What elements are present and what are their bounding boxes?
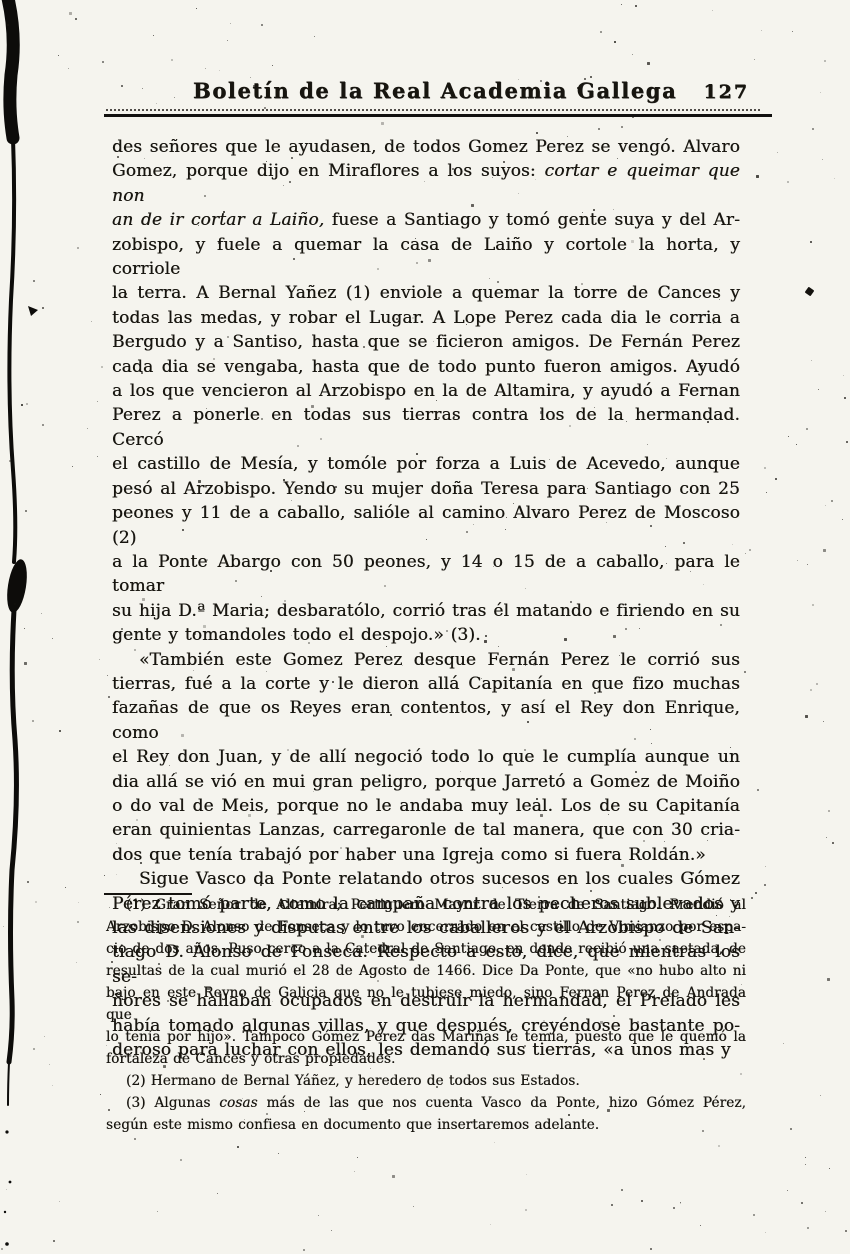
noise-speck xyxy=(753,1214,755,1216)
noise-speck xyxy=(381,122,384,125)
noise-speck xyxy=(766,492,767,493)
noise-speck xyxy=(600,31,602,33)
header-rule-dotted xyxy=(106,109,760,111)
noise-speck xyxy=(845,1230,847,1232)
noise-speck xyxy=(744,671,746,673)
noise-speck xyxy=(621,1189,623,1191)
noise-speck xyxy=(810,241,812,243)
noise-speck xyxy=(787,181,789,183)
noise-speck xyxy=(749,549,751,551)
noise-speck xyxy=(33,280,35,282)
journal-title: Boletín de la Real Academia Gallega xyxy=(193,78,677,103)
ink-blot xyxy=(805,287,815,297)
noise-speck xyxy=(673,1207,675,1209)
text-line: Sigue Vasco da Ponte relatando otros suc… xyxy=(112,867,740,891)
text-line: bajo en este Reyno de Galicia que no le … xyxy=(106,982,746,1026)
noise-speck xyxy=(832,842,834,844)
noise-speck xyxy=(827,978,830,981)
text-line: su hija D.ª Maria; desbaratólo, corrió t… xyxy=(112,599,740,623)
noise-speck xyxy=(75,18,77,20)
text-line: (1) Gran Señor de Altamira; Pertiguero M… xyxy=(106,894,746,916)
noise-speck xyxy=(641,1200,643,1202)
noise-speck xyxy=(24,628,25,629)
text-line: des señores que le ayudasen, de todos Go… xyxy=(112,135,740,159)
noise-speck xyxy=(41,613,42,614)
noise-speck xyxy=(756,175,759,178)
noise-speck xyxy=(42,307,44,309)
text-line: fortaleza de Cances y otras propiedades. xyxy=(106,1048,746,1070)
text-line: eran quinientas Lanzas, carregaronle de … xyxy=(112,818,740,842)
text-line: Gomez, porque dijo en Miraflores a los s… xyxy=(112,159,740,208)
noise-speck xyxy=(775,478,777,480)
noise-speck xyxy=(26,403,28,405)
page-number: 127 xyxy=(703,81,749,103)
noise-speck xyxy=(44,1036,45,1037)
noise-speck xyxy=(52,638,53,639)
text-line: cio de dos años. Puso cerco a la Catedra… xyxy=(106,938,746,960)
noise-speck xyxy=(796,444,797,445)
text-line: (3) Algunas cosas más de las que nos cue… xyxy=(106,1092,746,1114)
noise-speck xyxy=(805,1157,806,1158)
noise-speck xyxy=(765,1232,766,1233)
noise-speck xyxy=(153,35,154,36)
document-page: Boletín de la Real Academia Gallega 127 … xyxy=(0,0,850,1254)
noise-speck xyxy=(820,92,821,93)
noise-speck xyxy=(77,921,79,923)
text-line: fazañas de que os Reyes eran contentos, … xyxy=(112,696,740,745)
noise-speck xyxy=(790,1128,792,1130)
text-line: dos que tenía trabajó por haber una Igre… xyxy=(112,843,740,867)
noise-speck xyxy=(219,70,220,71)
text-line: pesó al Arzobispo. Yendo su mujer doña T… xyxy=(112,477,740,501)
noise-speck xyxy=(680,1203,681,1204)
noise-speck xyxy=(27,881,29,883)
noise-speck xyxy=(807,564,808,565)
noise-speck xyxy=(101,366,103,368)
noise-speck xyxy=(844,397,846,399)
noise-speck xyxy=(65,887,66,888)
noise-speck xyxy=(87,428,88,429)
noise-speck xyxy=(99,659,100,660)
noise-speck xyxy=(157,1211,158,1212)
noise-speck xyxy=(35,901,37,903)
noise-speck xyxy=(49,1064,50,1065)
text-line: zobispo, y fuele a quemar la casa de Lai… xyxy=(112,233,740,282)
noise-speck xyxy=(805,1164,806,1165)
noise-speck xyxy=(621,4,622,5)
text-line: o do val de Meis, porque no le andaba mu… xyxy=(112,794,740,818)
noise-speck xyxy=(42,424,44,426)
noise-speck xyxy=(825,505,826,506)
noise-speck xyxy=(614,41,616,43)
noise-speck xyxy=(805,715,808,718)
noise-speck xyxy=(134,1138,136,1140)
noise-speck xyxy=(278,1153,279,1154)
noise-speck xyxy=(647,62,650,65)
noise-speck xyxy=(261,24,263,26)
noise-speck xyxy=(825,1211,826,1212)
noise-speck xyxy=(611,1204,613,1206)
noise-speck xyxy=(490,1224,491,1225)
noise-speck xyxy=(272,65,273,66)
running-head: Boletín de la Real Academia Gallega 127 xyxy=(105,78,765,103)
text-line: «También este Gomez Perez desque Fernán … xyxy=(112,648,740,672)
noise-speck xyxy=(621,126,623,128)
noise-speck xyxy=(787,1190,788,1191)
noise-speck xyxy=(822,159,823,160)
noise-speck xyxy=(97,456,98,457)
noise-speck xyxy=(91,321,92,322)
text-line: todas las medas, y robar el Lugar. A Lop… xyxy=(112,306,740,330)
noise-speck xyxy=(7,24,9,26)
noise-speck xyxy=(392,1175,395,1178)
noise-speck xyxy=(413,1206,414,1207)
text-line: lo tenía por hijo». Tampoco Gómez Pérez … xyxy=(106,1026,746,1048)
noise-speck xyxy=(764,884,766,886)
noise-speck xyxy=(1,1248,3,1250)
text-line: la terra. A Bernal Yañez (1) enviole a q… xyxy=(112,281,740,305)
noise-speck xyxy=(700,1225,701,1226)
noise-speck xyxy=(68,68,69,69)
text-line: cada dia se vengaba, hasta que de todo p… xyxy=(112,355,740,379)
noise-speck xyxy=(797,560,798,561)
noise-speck xyxy=(21,404,23,406)
noise-speck xyxy=(3,926,4,927)
noise-speck xyxy=(180,1159,182,1161)
noise-speck xyxy=(829,1168,830,1169)
noise-speck xyxy=(354,1171,355,1172)
text-line: el Rey don Juan, y de allí negoció todo … xyxy=(112,745,740,769)
text-line: Perez a ponerle en todas sus tierras con… xyxy=(112,403,740,452)
noise-speck xyxy=(196,8,197,9)
noise-speck xyxy=(816,683,818,685)
noise-speck xyxy=(846,441,848,443)
noise-speck xyxy=(525,1209,527,1211)
noise-speck xyxy=(811,360,812,361)
noise-speck xyxy=(754,59,755,60)
noise-speck xyxy=(823,549,826,552)
text-line: Bergudo y a Santiso, hasta que se ficier… xyxy=(112,330,740,354)
noise-speck xyxy=(783,1043,784,1044)
noise-speck xyxy=(104,875,105,876)
noise-speck xyxy=(536,132,538,134)
page-binding-mark xyxy=(0,0,48,1254)
noise-speck xyxy=(72,466,73,467)
noise-speck xyxy=(318,1215,319,1216)
noise-speck xyxy=(807,1227,809,1229)
noise-speck xyxy=(806,428,808,430)
noise-speck xyxy=(792,31,793,32)
text-line: Arzobispo D. Alonso de Fonseca y lo tuvo… xyxy=(106,916,746,938)
noise-speck xyxy=(757,789,759,791)
noise-speck xyxy=(76,962,77,963)
noise-speck xyxy=(828,810,830,812)
noise-speck xyxy=(761,30,762,31)
noise-speck xyxy=(788,436,789,437)
noise-speck xyxy=(494,1142,495,1143)
text-line: resultas de la cual murió el 28 de Agost… xyxy=(106,960,746,982)
text-line: gente y tomandoles todo el despojo.» (3)… xyxy=(112,623,740,647)
noise-speck xyxy=(526,1174,527,1175)
noise-speck xyxy=(331,1230,332,1231)
text-line: según este mismo confiesa en documento q… xyxy=(106,1114,746,1136)
noise-speck xyxy=(824,60,826,62)
noise-speck xyxy=(810,689,812,691)
noise-speck xyxy=(764,467,766,469)
noise-speck xyxy=(69,12,72,15)
noise-speck xyxy=(33,1048,35,1050)
text-line: (2) Hermano de Bernal Yáñez, y heredero … xyxy=(106,1070,746,1092)
noise-speck xyxy=(751,897,753,899)
noise-speck xyxy=(78,902,79,903)
noise-speck xyxy=(237,1146,239,1148)
noise-speck xyxy=(227,40,228,41)
text-line: dia allá se vió en mui gran peligro, por… xyxy=(112,770,740,794)
text-line: tierras, fué a la corte y le dieron allá… xyxy=(112,672,740,696)
text-line: a la Ponte Abargo con 50 peones, y 14 o … xyxy=(112,550,740,599)
noise-speck xyxy=(834,178,835,179)
noise-speck xyxy=(217,1193,218,1194)
noise-speck xyxy=(59,730,61,732)
noise-speck xyxy=(650,1248,652,1250)
header-rule-thick xyxy=(104,114,772,117)
noise-speck xyxy=(53,1240,55,1242)
noise-speck xyxy=(77,247,79,249)
noise-speck xyxy=(6,1189,7,1190)
noise-speck xyxy=(303,1249,305,1251)
noise-speck xyxy=(632,54,633,55)
text-line: el castillo de Mesía, y tomóle por forza… xyxy=(112,452,740,476)
noise-speck xyxy=(712,10,713,11)
noise-speck xyxy=(745,553,746,554)
noise-speck xyxy=(32,720,34,722)
noise-speck xyxy=(755,892,757,894)
noise-speck xyxy=(820,1095,821,1096)
noise-speck xyxy=(826,837,827,838)
noise-speck xyxy=(107,675,108,676)
noise-speck xyxy=(823,721,824,722)
noise-speck xyxy=(52,1085,53,1086)
noise-speck xyxy=(108,696,110,698)
noise-speck xyxy=(842,519,843,520)
text-line: an de ir cortar a Laiño, fuese a Santiag… xyxy=(112,208,740,232)
noise-speck xyxy=(9,460,11,462)
noise-speck xyxy=(97,401,98,402)
noise-speck xyxy=(635,5,637,7)
noise-speck xyxy=(718,1145,720,1147)
noise-speck xyxy=(205,68,206,69)
noise-speck xyxy=(59,1201,60,1202)
noise-speck xyxy=(314,36,315,37)
footnotes: (1) Gran Señor de Altamira; Pertiguero M… xyxy=(106,894,746,1136)
noise-speck xyxy=(14,603,16,605)
noise-speck xyxy=(812,604,814,606)
noise-speck xyxy=(777,152,778,153)
noise-speck xyxy=(357,1157,358,1158)
noise-speck xyxy=(680,1202,681,1203)
text-line: peones y 11 de a caballo, salióle al cam… xyxy=(112,501,740,550)
noise-speck xyxy=(230,23,231,24)
noise-speck xyxy=(58,55,59,56)
noise-speck xyxy=(831,500,833,502)
noise-speck xyxy=(818,389,819,390)
noise-speck xyxy=(812,128,814,130)
noise-speck xyxy=(156,103,157,104)
noise-speck xyxy=(598,128,600,130)
noise-speck xyxy=(25,510,27,512)
noise-speck xyxy=(24,662,27,665)
noise-speck xyxy=(171,59,173,61)
noise-speck xyxy=(100,1094,101,1095)
noise-speck xyxy=(765,866,766,867)
noise-speck xyxy=(102,61,104,63)
text-line: a los que vencieron al Arzobispo en la d… xyxy=(112,379,740,403)
noise-speck xyxy=(801,1202,803,1204)
noise-speck xyxy=(843,375,844,376)
